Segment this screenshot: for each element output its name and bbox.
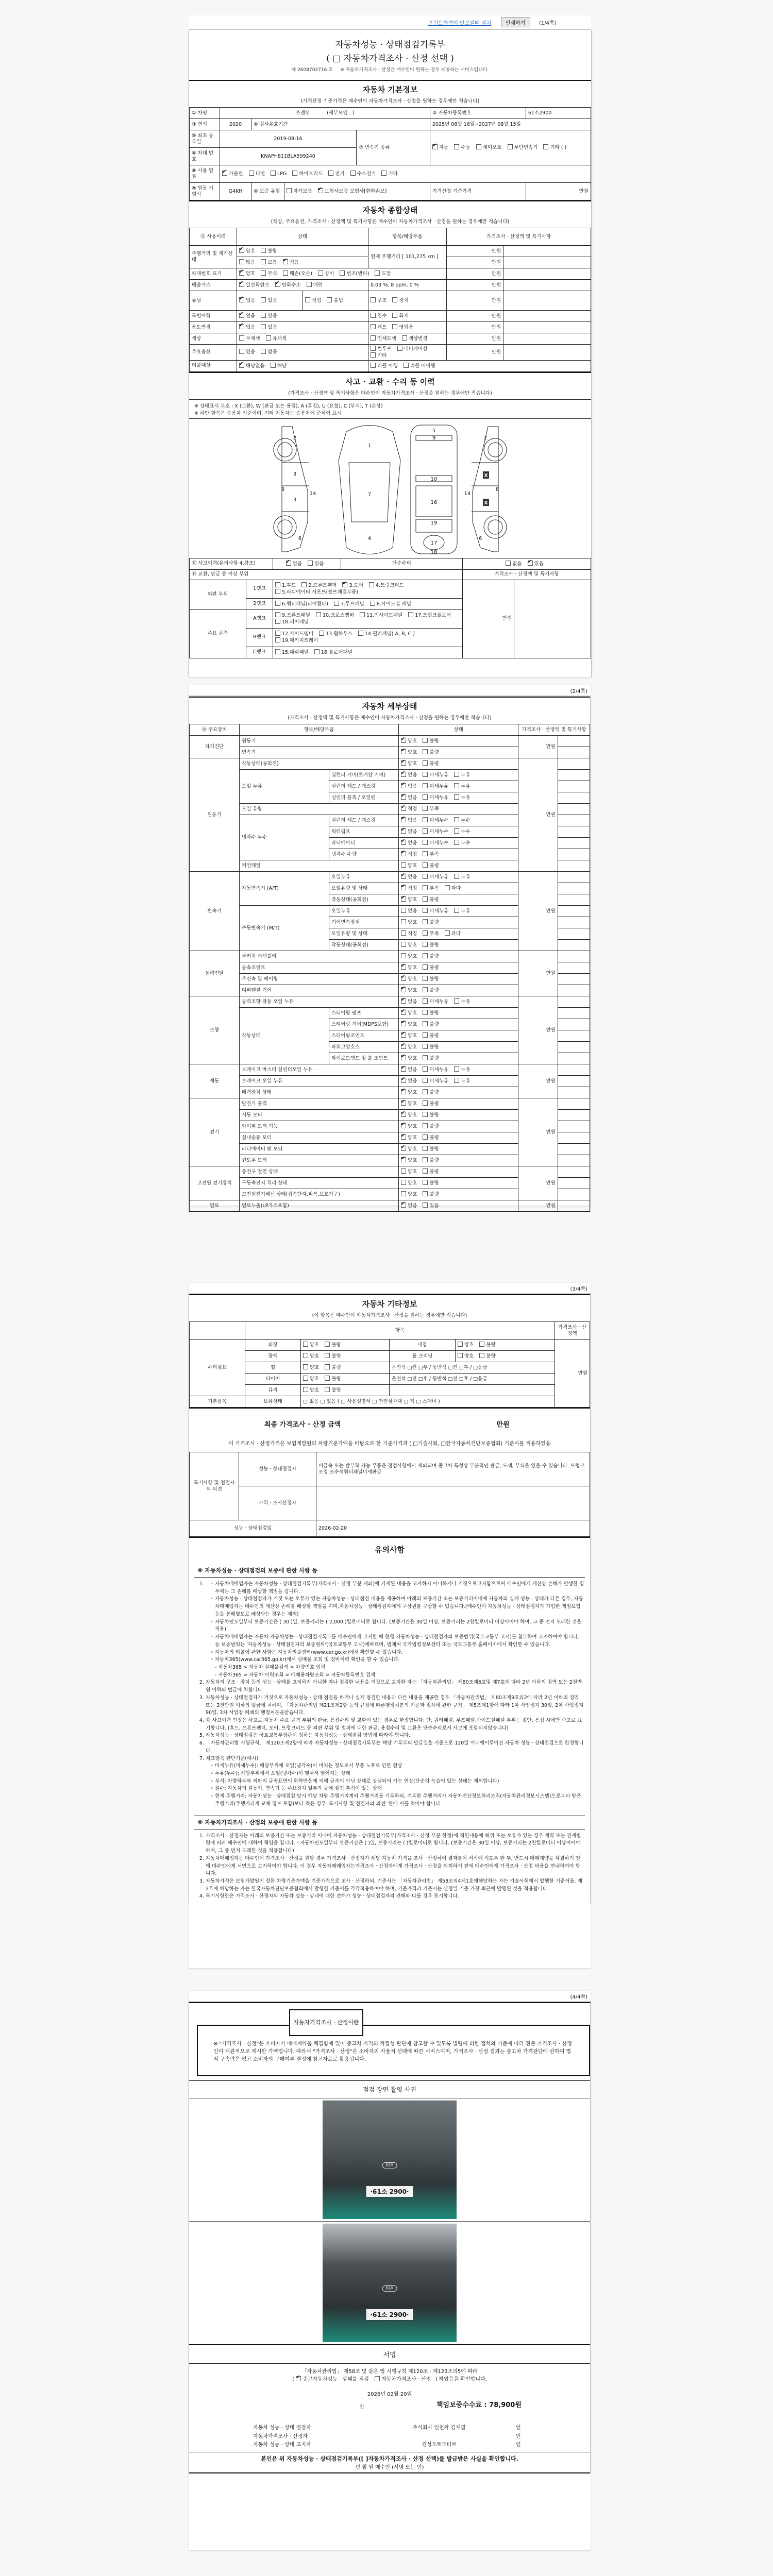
other-row: 타이어양호 불량운전석 □전 □후 / 동반석 □전 □후 / □응급 xyxy=(190,1374,590,1385)
checkbox-icon xyxy=(543,144,548,149)
checkbox-icon xyxy=(328,171,333,176)
checkbox-icon xyxy=(454,1078,459,1083)
checkbox-option: 많음 xyxy=(239,260,255,265)
checkbox-icon xyxy=(401,1055,406,1060)
label-engine: ⑨ 원동 기형식 xyxy=(190,183,220,200)
checkbox-option: 양호 xyxy=(401,1124,417,1129)
checkbox-icon xyxy=(401,919,406,924)
checkbox-option: 양호 xyxy=(401,750,417,755)
checkbox-option: 자동차가격조사 · 산정 xyxy=(375,2377,431,2382)
checkbox-option: 누수 xyxy=(454,840,470,846)
label-appraiser: 가격 · 조사산정자 xyxy=(239,1486,316,1520)
price-basis-text: 이 가격조사 · 산정가격은 보험개발원의 차량기준가액을 바탕으로 한 기준가… xyxy=(189,1439,590,1452)
checkbox-icon xyxy=(401,1168,406,1174)
signature-date: 2026년 02월 20일 xyxy=(189,2382,590,2397)
checkbox-option: 누유 xyxy=(454,1067,470,1073)
label-warranty: ⑩ 보증 유형 xyxy=(251,183,284,200)
checkbox-option: 누유 xyxy=(454,784,470,789)
legend-symbols: ※ 상태표시 부호 : X (교환), W (판금 또는 용접), A (흠집)… xyxy=(194,402,586,409)
checkbox-option: 있음 xyxy=(261,313,277,319)
checkbox-option: 양호 xyxy=(401,976,417,982)
checkbox-option: 도말 xyxy=(375,271,391,277)
checkbox-icon xyxy=(454,840,459,845)
label-reg-no: ② 자동차등록번호 xyxy=(430,108,526,119)
checkbox-icon xyxy=(401,760,406,766)
checkbox-option: 훼손(오손) xyxy=(283,271,312,277)
checkbox-icon xyxy=(423,783,428,788)
checkbox-icon xyxy=(303,1353,308,1358)
label-inspect-date: 성능 · 상태점검일 xyxy=(190,1520,316,1537)
checkbox-icon xyxy=(239,335,244,341)
page-indicator: (4/4쪽) xyxy=(570,1992,587,2000)
photos-title: 점검 장면 촬영 사진 xyxy=(189,2080,590,2098)
svg-text:6: 6 xyxy=(298,536,301,541)
checkbox-option: 있음 xyxy=(261,298,277,303)
checkbox-icon xyxy=(342,582,347,587)
checkbox-icon xyxy=(401,1202,406,1208)
checkbox-option: 17.트렁크플로어 xyxy=(408,613,451,618)
checkbox-icon xyxy=(401,1191,406,1196)
caution-item: 가격조사 · 산정자는 아래의 보증기간 또는 보증거리 이내에 자동차성능 ·… xyxy=(206,1833,585,1855)
checkbox-option: 양호 xyxy=(401,897,417,903)
checkbox-icon xyxy=(261,297,266,302)
checkbox-icon xyxy=(423,794,428,800)
checkbox-icon xyxy=(445,885,450,890)
inspect-date: 2026-02-20 xyxy=(316,1520,590,1537)
overall-row: 주요옵션있음 없음썬루프 네비게이션 기타만원 xyxy=(190,345,591,361)
document-number: 제 2608702716 호 xyxy=(292,67,333,73)
checkbox-option: 양호 xyxy=(401,1022,417,1027)
checkbox-icon xyxy=(261,313,266,318)
checkbox-option: 양호 xyxy=(401,1169,417,1175)
checkbox-icon xyxy=(296,2376,301,2381)
checkbox-icon xyxy=(423,1146,428,1151)
signature-title: 서명 xyxy=(189,2345,590,2364)
checkbox-option: 해당없음 xyxy=(239,363,265,369)
checkbox-option: 양호 xyxy=(401,738,417,744)
checkbox-icon xyxy=(401,1032,406,1038)
checkbox-option: 없음 xyxy=(239,325,255,330)
detail-model: (세부모델 : ) xyxy=(327,110,354,116)
label-year: ③ 연식 xyxy=(190,119,220,130)
checkbox-option: 불량 xyxy=(423,750,439,755)
checkbox-icon xyxy=(423,874,428,879)
checkbox-option: 없음 xyxy=(401,829,417,835)
checkbox-icon xyxy=(423,1123,428,1128)
svg-text:8: 8 xyxy=(496,487,499,493)
checkbox-option: 양호 xyxy=(401,965,417,971)
checkbox-icon xyxy=(392,297,397,302)
checkbox-icon xyxy=(271,363,276,368)
caution-heading-1: ※ 자동차성능 · 상태점검의 보증에 관한 사항 등 xyxy=(194,1564,585,1578)
page-3: (3/4쪽) 자동차 기타정보 (이 항목은 매수인이 자동차가격조사 · 산정… xyxy=(189,1283,591,1968)
checkbox-option: 양호 xyxy=(303,1342,319,1348)
checkbox-option: 양호 xyxy=(303,1353,319,1359)
checkbox-option: 상이 xyxy=(318,271,334,277)
checkbox-icon xyxy=(401,749,406,754)
checkbox-option: 없음 xyxy=(401,1203,417,1209)
fuel-options: 가솔린 디젤 LPG 하이브리드 전기 수소전기 기타 xyxy=(220,165,591,183)
checkbox-option: 썬루프 xyxy=(371,346,392,352)
print-install-link[interactable]: 프린트화면이 안보일때 설치 xyxy=(428,19,491,26)
checkbox-option: 불량 xyxy=(261,248,277,254)
checkbox-option: 양호 xyxy=(239,248,255,254)
checkbox-option: 양호 xyxy=(401,1135,417,1141)
checkbox-option: 미세누유 xyxy=(423,784,448,789)
detail-row: 자기진단원동기양호 불량만원 xyxy=(190,736,590,747)
appraiser-opinion xyxy=(316,1486,590,1520)
caution-item: 특기사항란은 가격조사 · 산정자의 자동차 성능 · 상태에 대한 견해가 성… xyxy=(206,1893,585,1901)
checkbox-option: 불량 xyxy=(423,1124,439,1129)
page-4: (4/4쪽) 자동차가격조사 · 산정이란 ※ "가격조사 · 산정"은 소비자… xyxy=(189,1991,591,2550)
svg-text:8: 8 xyxy=(281,487,284,493)
checkbox-option: 미세누유 xyxy=(423,1078,448,1084)
checkbox-option: 불량 xyxy=(423,1135,439,1141)
checkbox-option: 양호 xyxy=(401,1044,417,1050)
other-row: 광택양호 불량룸 크리닝양호 불량 xyxy=(190,1351,590,1362)
checkbox-option: 불량 xyxy=(423,863,439,869)
checkbox-icon xyxy=(303,1364,308,1369)
checkbox-icon xyxy=(370,601,375,606)
checkbox-icon xyxy=(371,324,376,329)
checkbox-icon xyxy=(397,346,402,351)
checkbox-option: 양호 xyxy=(401,1192,417,1197)
checkbox-icon xyxy=(369,582,374,587)
checkbox-icon xyxy=(308,561,313,566)
engine-type: G4KH xyxy=(220,183,251,200)
checkbox-icon xyxy=(318,270,323,276)
section-title-overall: 자동차 종합상태 xyxy=(189,200,591,216)
checkbox-icon xyxy=(423,1021,428,1026)
checkbox-option: 수동 xyxy=(454,145,470,150)
inspect-period: 2025년 08월 16일~2027년 08월 15일 xyxy=(430,119,591,130)
checkbox-option: 과다 xyxy=(445,886,461,891)
checkbox-option: 불량 xyxy=(423,738,439,744)
checkbox-option: 기타 ( ) xyxy=(543,145,566,150)
checkbox-option: 양호 xyxy=(401,920,417,925)
checkbox-option: 불량 xyxy=(325,1353,341,1359)
checkbox-option: 양호 xyxy=(303,1376,319,1382)
checkbox-icon xyxy=(476,144,481,149)
checkbox-option: 18.리어패널 xyxy=(275,619,309,625)
checkbox-icon xyxy=(401,1157,406,1162)
checkbox-icon xyxy=(392,324,397,329)
checkbox-icon xyxy=(401,976,406,981)
warranty-fee: 책임보증수수료 : 78,900원 xyxy=(436,2399,522,2409)
checkbox-option: 없음 xyxy=(261,349,277,355)
checkbox-icon xyxy=(303,1387,308,1392)
checkbox-icon xyxy=(454,874,459,879)
checkbox-option: 색상변경 xyxy=(402,336,428,342)
checkbox-option: 10.크로스멤버 xyxy=(316,613,354,618)
checkbox-icon xyxy=(303,1342,308,1347)
buyer-sign-line: 년 월 일 매수인 (서명 또는 인) xyxy=(189,2463,590,2473)
signature-law: 「자동차관리법」 제58조 및 같은 법 시행규칙 제120조 · 제123조의… xyxy=(189,2364,590,2375)
label-base-price: 가격산정 기준가격 xyxy=(430,183,526,200)
checkbox-option: 양호 xyxy=(401,1112,417,1118)
document-title: 자동차성능 · 상태점검기록부 xyxy=(189,37,591,50)
label-vin: ⑥ 차대 번호 xyxy=(190,148,220,165)
checkbox-option: 불량 xyxy=(325,1365,341,1370)
checkbox-icon xyxy=(325,1353,330,1358)
svg-text:5: 5 xyxy=(432,428,435,434)
checkbox-option: 양호 xyxy=(401,1158,417,1163)
label-first-reg: ⑤ 최초 등록일 xyxy=(190,130,220,148)
checkbox-icon xyxy=(371,297,376,302)
checkbox-option: 있음 xyxy=(528,561,544,567)
checkbox-option: 양호 xyxy=(401,863,417,869)
checkbox-icon xyxy=(261,248,266,253)
svg-text:7: 7 xyxy=(368,492,371,498)
checkbox-option: 무채색 xyxy=(239,336,260,342)
overall-row: 특별이력없음 있음침수 화재만원 xyxy=(190,311,591,322)
checkbox-icon xyxy=(423,1134,428,1140)
detail-row: 변속기자동변속기 (A/T)오일누유없음 미세누유 누유만원 xyxy=(190,872,590,883)
checkbox-icon xyxy=(314,649,320,654)
signers-table: 자동차 성능 · 상태 점검자주식회사 인천차 김재필인자동차가격조사 · 산정… xyxy=(189,2424,590,2450)
overall-status-table: ⑪ 사용이력상태항목/해당부품가격조사 · 산정액 및 특기사항주행거리 및 계… xyxy=(189,228,591,372)
checkbox-option: 양호 xyxy=(401,1090,417,1095)
label-fuel: ⑧ 사용 연료 xyxy=(190,165,220,183)
checkbox-icon xyxy=(305,297,310,302)
checkbox-option: 1.후드 xyxy=(275,583,296,588)
checkbox-option: 양호 xyxy=(303,1387,319,1393)
checkbox-icon xyxy=(239,349,244,354)
checkbox-icon xyxy=(432,144,438,149)
checkbox-option: 있음 xyxy=(239,349,255,355)
checkbox-icon xyxy=(423,817,428,822)
checkbox-icon xyxy=(371,363,376,368)
checkbox-option: 매연 xyxy=(307,282,323,288)
checkbox-icon xyxy=(401,953,406,958)
label-inspector: 성능 · 상태점검자 xyxy=(239,1452,316,1486)
checkbox-option: 디젤 xyxy=(249,171,265,177)
status-legend: ※ 상태표시 부호 : X (교환), W (판금 또는 용접), A (흠집)… xyxy=(189,399,591,418)
checkbox-option: 있음 xyxy=(261,325,277,330)
checkbox-icon xyxy=(266,335,271,341)
checkbox-option: 13.휠하우스 xyxy=(319,631,352,637)
checkbox-option: 일산화탄소 xyxy=(239,282,270,288)
checkbox-icon xyxy=(423,908,428,913)
checkbox-icon xyxy=(375,270,380,276)
checkbox-option: 8.사이드실 패널 xyxy=(370,601,411,607)
checkbox-option: 무단변속기 xyxy=(508,145,538,150)
checkbox-icon xyxy=(423,987,428,992)
checkbox-option: 없음 xyxy=(401,874,417,880)
checkbox-option: 자가보증 xyxy=(287,189,312,194)
checkbox-icon xyxy=(401,862,406,868)
checkbox-option: 미세누유 xyxy=(423,908,448,914)
checkbox-icon xyxy=(423,1032,428,1038)
checkbox-icon xyxy=(423,1168,428,1174)
checkbox-option: 누유 xyxy=(454,1078,470,1084)
checkbox-option: 불량 xyxy=(423,1056,439,1061)
checkbox-option: 불량 xyxy=(423,920,439,925)
checkbox-icon xyxy=(401,1100,406,1106)
checkbox-option: 누유 xyxy=(454,908,470,914)
checkbox-icon xyxy=(423,930,428,936)
page-indicator: (3/4쪽) xyxy=(570,1284,587,1292)
other-info-table: 항목가격조사 · 산정액수리필요외장양호 불량내장양호 불량만원광택양호 불량룸… xyxy=(189,1321,590,1408)
first-reg-date: 2019-08-16 xyxy=(220,130,357,148)
kia-logo: KIA xyxy=(382,2162,397,2168)
service-note: ※ 자동차가격조사 · 산정은 매수인이 원하는 경우 제공하는 서비스입니다. xyxy=(340,67,489,73)
svg-text:2: 2 xyxy=(484,435,487,441)
checkbox-option: 부족 xyxy=(423,806,439,812)
checkbox-icon xyxy=(401,840,406,845)
checkbox-icon xyxy=(275,282,280,287)
checkbox-icon xyxy=(401,817,406,822)
final-price-row: 최종 가격조사 · 산정 금액 만원 xyxy=(189,1408,590,1439)
checkbox-option: 중고자동차성능 · 상태를 점검 xyxy=(296,2377,369,2382)
checkbox-option: 적정 xyxy=(401,852,417,857)
checkbox-option: 4.트렁크리드 xyxy=(369,583,404,588)
checkbox-icon xyxy=(350,171,356,176)
checkbox-option: 양호 xyxy=(401,954,417,959)
checkbox-icon xyxy=(423,1202,428,1208)
checkbox-icon xyxy=(271,171,276,176)
checkbox-icon xyxy=(423,828,428,834)
checkbox-option: 미세누수 xyxy=(423,829,448,835)
checkbox-icon xyxy=(401,1134,406,1140)
checkbox-option: 미세누유 xyxy=(423,999,448,1005)
checkbox-icon xyxy=(261,259,266,264)
checkbox-icon xyxy=(508,144,513,149)
checkbox-option: 불량 xyxy=(423,988,439,993)
checkbox-option: 19.패키지트레이 xyxy=(275,638,318,643)
checkbox-option: LPG xyxy=(271,171,287,177)
checkbox-icon xyxy=(423,1044,428,1049)
checkbox-icon xyxy=(275,582,280,587)
signer-row: 자동차 성능 · 상태 고지자진성오토모티브인 xyxy=(189,2441,590,2450)
svg-text:14: 14 xyxy=(464,491,471,497)
checkbox-option: 불량 xyxy=(423,1010,439,1016)
checkbox-option: 미세누수 xyxy=(423,818,448,823)
checkbox-option: 기타 xyxy=(381,171,397,177)
checkbox-option: 없음 xyxy=(401,908,417,914)
checkbox-option: 적정 xyxy=(401,931,417,937)
checkbox-icon xyxy=(275,589,280,594)
checkbox-icon xyxy=(423,1010,428,1015)
checkbox-icon xyxy=(360,612,365,617)
checkbox-icon xyxy=(401,828,406,834)
detail-row: 원동기작동상태(공회전)양호 불량만원 xyxy=(190,758,590,770)
checkbox-icon xyxy=(423,1089,428,1094)
checkbox-icon xyxy=(454,1066,459,1072)
checkbox-icon xyxy=(275,619,280,624)
checkbox-option: 있음 xyxy=(308,561,324,567)
checkbox-icon xyxy=(423,1191,428,1196)
checkbox-icon xyxy=(423,851,428,856)
checkbox-option: 전기 xyxy=(328,171,344,177)
checkbox-option: 누유 xyxy=(454,999,470,1005)
checkbox-icon xyxy=(423,1157,428,1162)
section-title-detail: 자동차 세부상태 xyxy=(189,697,590,713)
svg-text:16: 16 xyxy=(431,500,438,505)
signature-confirm: ( 중고자동차성능 · 상태를 점검 자동차가격조사 · 산정) 하였음을 확인… xyxy=(189,2375,590,2382)
checkbox-icon xyxy=(423,1066,428,1072)
checkbox-icon xyxy=(401,1146,406,1151)
detail-status-table: ⑭ 주요장치항목/해당부품상태가격조사 · 산정액 및 특기사항자기진단원동기양… xyxy=(189,724,590,1212)
checkbox-option: 유채색 xyxy=(266,336,287,342)
checkbox-icon xyxy=(445,930,450,936)
pricing-title: 자동차가격조사 · 산정이란 xyxy=(289,2009,363,2036)
checkbox-icon xyxy=(401,930,406,936)
front-license-plate: ·61소 2900· xyxy=(366,2185,414,2197)
checkbox-option: 부족 xyxy=(423,852,439,857)
checkbox-option: 미세누유 xyxy=(423,772,448,778)
section-sub-detail: (가격조사 · 산정액 및 특기사항은 매수인이 자동차가격조사 · 산정을 원… xyxy=(189,713,590,724)
checkbox-option: 누유 xyxy=(454,772,470,778)
accident-table: ⑫ 사고이력(유의사항 4.참조)없음 있음단순수리없음 있음⑬ 교환, 판금 … xyxy=(189,558,591,658)
checkbox-icon xyxy=(275,612,280,617)
checkbox-option: 15.대쉬패널 xyxy=(275,650,309,655)
checkbox-icon xyxy=(275,631,280,636)
overall-row: 용도변경없음 있음렌트 영업용만원 xyxy=(190,322,591,333)
section-title-basic: 자동차 기본정보 xyxy=(189,80,591,96)
checkbox-icon xyxy=(283,259,288,264)
checkbox-icon xyxy=(454,144,459,149)
checkbox-option: 9.프론트패널 xyxy=(275,613,310,618)
checkbox-icon xyxy=(454,772,459,777)
checkbox-icon xyxy=(401,1066,406,1072)
document-subtitle: ( □ 자동차가격조사 · 산정 선택 ) xyxy=(189,51,591,64)
checkbox-option: 불량 xyxy=(423,954,439,959)
checkbox-icon xyxy=(334,601,339,606)
checkbox-icon xyxy=(401,772,406,777)
checkbox-icon xyxy=(423,862,428,868)
checkbox-option: 없음 xyxy=(239,298,255,303)
checkbox-icon xyxy=(423,806,428,811)
checkbox-option: 불량 xyxy=(423,1180,439,1186)
checkbox-icon xyxy=(423,840,428,845)
checkbox-icon xyxy=(325,1387,330,1392)
checkbox-icon xyxy=(375,2376,380,2381)
checkbox-option: 누유 xyxy=(454,874,470,880)
checkbox-option: 없음 xyxy=(401,1078,417,1084)
checkbox-option: 불량 xyxy=(423,976,439,982)
print-button[interactable]: 인쇄하기 xyxy=(501,17,530,27)
checkbox-icon xyxy=(479,1353,484,1358)
section-sub-basic: (가격산정 기준가격은 매수인이 자동차가격조사 · 산정을 원하는 경우에만 … xyxy=(189,96,591,107)
checkbox-option: 적음 xyxy=(283,260,299,265)
checkbox-option: 12.사이드멤버 xyxy=(275,631,313,637)
reg-no: 61소2900 xyxy=(526,108,591,119)
checkbox-option: 불량 xyxy=(423,1101,439,1107)
checkbox-option: 침수 xyxy=(371,313,386,319)
checkbox-icon xyxy=(423,896,428,902)
car-damage-diagram: 2336814 174 591016191718 26814 XX xyxy=(189,418,591,558)
car-name: 쏘렌토 xyxy=(295,110,310,116)
checkbox-option: 미세누유 xyxy=(423,874,448,880)
checkbox-option: 자동 xyxy=(432,145,448,150)
detail-row: 제동브레이크 마스터 실린더오일 누유없음 미세누유 누유만원 xyxy=(190,1064,590,1076)
checkbox-option: 없음 xyxy=(506,561,522,567)
detail-row: 동력전달클러치 어셈블리양호 불량만원 xyxy=(190,951,590,962)
checkbox-option: 양호 xyxy=(401,1101,417,1107)
section-title-other: 자동차 기타정보 xyxy=(189,1294,590,1310)
checkbox-icon xyxy=(316,612,321,617)
caution-item: 체크항목 판단기준(예시)미세누유(미세누수): 해당부위에 오일(냉각수)이 … xyxy=(206,1755,585,1808)
checkbox-icon xyxy=(506,561,511,566)
signer-row: 자동차가격조사 · 산정자인 xyxy=(189,2433,590,2442)
checkbox-option: 양호 xyxy=(303,1365,319,1370)
checkbox-icon xyxy=(423,942,428,947)
checkbox-icon xyxy=(423,953,428,958)
checkbox-option: 5.라디에이터 서포트(볼트체결부품) xyxy=(275,589,358,595)
checkbox-icon xyxy=(239,313,244,318)
checkbox-icon xyxy=(408,612,413,617)
